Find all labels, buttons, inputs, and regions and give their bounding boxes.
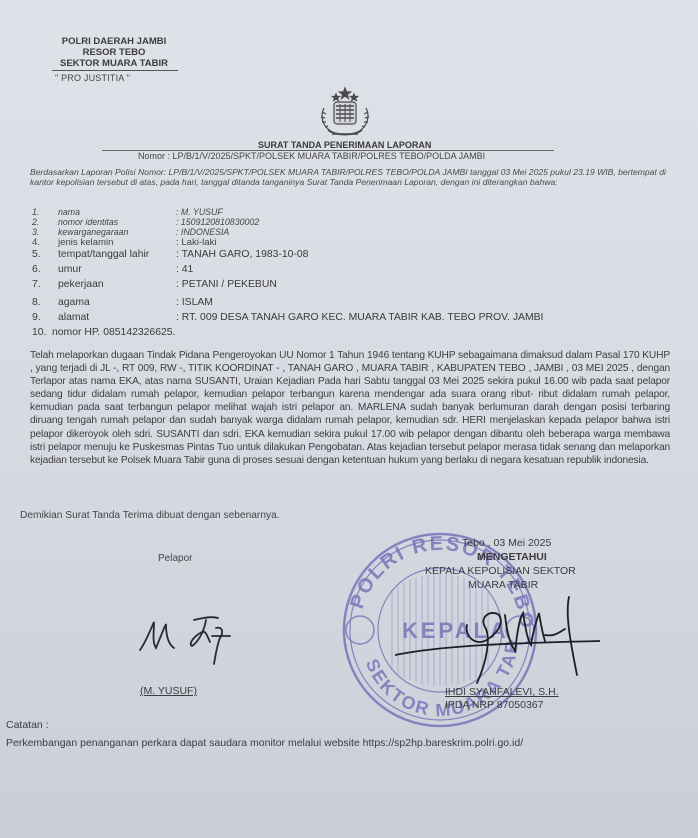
reporter-name: (M. YUSUF) xyxy=(140,685,197,697)
official-rank-nrp: IPDA NRP 87050367 xyxy=(445,699,543,711)
identity-label: nomor identitas xyxy=(58,217,176,227)
issuer-header: POLRI DAERAH JAMBI RESOR TEBO SEKTOR MUA… xyxy=(50,36,178,69)
identity-num: 4. xyxy=(32,237,58,248)
identity-value: : ISLAM xyxy=(176,297,213,308)
notes-label: Catatan : xyxy=(6,719,49,731)
acknowledged-label: MENGETAHUI xyxy=(477,551,547,563)
identity-num: 10. xyxy=(32,327,52,338)
polri-emblem-icon xyxy=(310,86,380,140)
identity-value: : 1509120810830002 xyxy=(176,217,259,227)
identity-row: 8. agama : ISLAM xyxy=(32,297,213,308)
official-position-1: KEPALA KEPOLISIAN SEKTOR xyxy=(425,565,576,577)
identity-label: umur xyxy=(58,264,176,275)
identity-value: : TANAH GARO, 1983-10-08 xyxy=(176,249,308,260)
identity-num: 7. xyxy=(32,279,58,290)
document-title: SURAT TANDA PENERIMAAN LAPORAN xyxy=(258,140,448,150)
identity-num: 2. xyxy=(32,217,58,227)
identity-label: tempat/tanggal lahir xyxy=(58,249,176,260)
identity-num: 3. xyxy=(32,227,58,237)
identity-row: 3. kewarganegaraan : INDONESIA xyxy=(32,227,229,237)
identity-label: alamat xyxy=(58,312,176,323)
identity-row: 10. nomor HP. 085142326625. xyxy=(32,327,175,338)
identity-row: 1. nama : M. YUSUF xyxy=(32,207,223,217)
reporter-signature-icon xyxy=(132,608,252,678)
identity-row: 5. tempat/tanggal lahir : TANAH GARO, 19… xyxy=(32,249,308,260)
report-number: Nomor : LP/B/1/V/2025/SPKT/POLSEK MUARA … xyxy=(138,151,485,161)
identity-value: : PETANI / PEKEBUN xyxy=(176,279,277,290)
identity-value: : 41 xyxy=(176,264,193,275)
identity-num: 6. xyxy=(32,264,58,275)
identity-row: 6. umur : 41 xyxy=(32,264,193,275)
identity-num: 1. xyxy=(32,207,58,217)
official-name: IHDI SYAHFALEVI, S.H. xyxy=(445,686,559,698)
pro-justitia: " PRO JUSTITIA " xyxy=(55,73,130,83)
reporter-label: Pelapor xyxy=(158,553,192,564)
identity-value: : M. YUSUF xyxy=(176,207,223,217)
identity-label: pekerjaan xyxy=(58,279,176,290)
closing-statement: Demikian Surat Tanda Terima dibuat denga… xyxy=(20,510,280,521)
identity-num: 5. xyxy=(32,249,58,260)
identity-row: 9. alamat : RT. 009 DESA TANAH GARO KEC.… xyxy=(32,312,543,323)
issuer-line-2: RESOR TEBO xyxy=(50,47,178,58)
official-signature-icon xyxy=(395,595,600,695)
identity-label: nama xyxy=(58,207,176,217)
identity-value: : RT. 009 DESA TANAH GARO KEC. MUARA TAB… xyxy=(176,312,543,323)
issuer-line-1: POLRI DAERAH JAMBI xyxy=(50,36,178,47)
incident-description: Telah melaporkan dugaan Tindak Pidana Pe… xyxy=(30,349,670,467)
identity-label: jenis kelamin xyxy=(58,237,176,248)
identity-value: : INDONESIA xyxy=(176,227,229,237)
intro-paragraph: Berdasarkan Laporan Polisi Nomor: LP/B/1… xyxy=(30,167,680,187)
issuer-line-3: SEKTOR MUARA TABIR xyxy=(50,58,178,69)
notes-text: Perkembangan penanganan perkara dapat sa… xyxy=(6,737,523,749)
sign-place-date: Tebo , 03 Mei 2025 xyxy=(462,537,551,549)
identity-label: kewarganegaraan xyxy=(58,227,176,237)
identity-value: : Laki-laki xyxy=(176,237,217,248)
identity-row: 7. pekerjaan : PETANI / PEKEBUN xyxy=(32,279,277,290)
official-position-2: MUARA TABIR xyxy=(468,579,538,591)
identity-label: agama xyxy=(58,297,176,308)
identity-label: nomor HP. 085142326625. xyxy=(52,327,175,338)
identity-row: 4. jenis kelamin : Laki-laki xyxy=(32,237,217,248)
identity-num: 8. xyxy=(32,297,58,308)
header-divider xyxy=(52,70,178,71)
identity-row: 2. nomor identitas : 1509120810830002 xyxy=(32,217,259,227)
identity-num: 9. xyxy=(32,312,58,323)
